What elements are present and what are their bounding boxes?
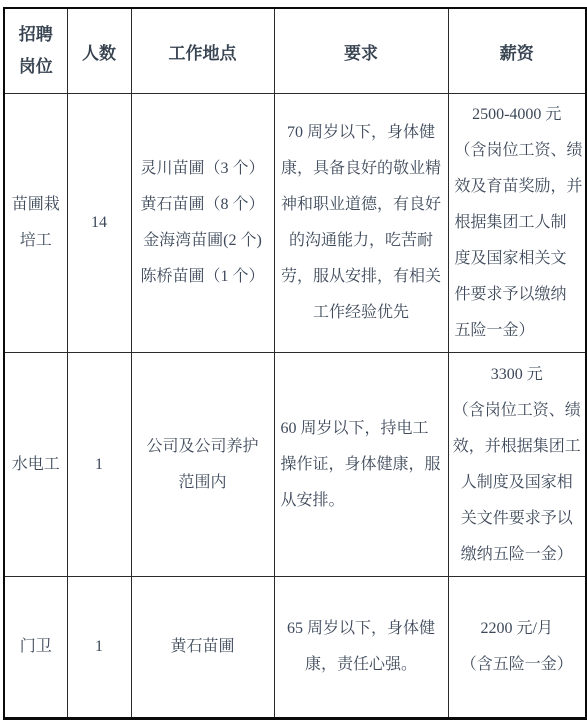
header-location: 工作地点 — [131, 8, 274, 94]
text-line: 五险一金） — [449, 313, 586, 349]
text-line: 操作证，身体健康，服 — [275, 447, 448, 483]
text-line: 根据集团工人制 — [449, 205, 586, 241]
text-line: 金海湾苗圃(2 个) — [132, 223, 274, 259]
salary-cell: 2500-4000 元 （含岗位工资、绩 效及育苗奖励，并 根据集团工人制 度及… — [448, 94, 586, 353]
text-line: 黄石苗圃（8 个） — [132, 187, 274, 223]
text-line: 效，并根据集团工 — [449, 429, 586, 465]
header-position-label: 招聘岗位 — [19, 19, 53, 83]
text-line: 黄石苗圃 — [132, 629, 274, 665]
table-header-row: 招聘岗位 人数 工作地点 要求 薪资 — [4, 8, 586, 94]
requirements-cell: 70 周岁以下，身体健 康，具备良好的敬业精 神和职业道德，有良好 的沟通能力，… — [274, 94, 448, 353]
position-text: 水电工 — [11, 447, 61, 483]
text-line: 神和职业道德，有良好 — [275, 187, 448, 223]
text-line: 的沟通能力，吃苦耐 — [275, 223, 448, 259]
text-line: 范围内 — [132, 465, 274, 501]
text-line: 度及国家相关文 — [449, 241, 586, 277]
header-salary: 薪资 — [448, 8, 586, 94]
table-row-gatekeeper: 门卫 1 黄石苗圃 65 周岁以下，身体健 康，责任心强。 2200 元/月 （… — [4, 577, 586, 719]
recruitment-table: 招聘岗位 人数 工作地点 要求 薪资 苗圃栽培工 14 灵川苗圃（3 个） 黄石… — [3, 7, 587, 720]
text-line: 65 周岁以下，身体健 — [275, 611, 448, 647]
text-line: 从安排。 — [275, 483, 448, 519]
requirements-cell: 60 周岁以下，持电工 操作证，身体健康，服 从安排。 — [274, 353, 448, 577]
count-cell: 1 — [67, 353, 131, 577]
header-requirements: 要求 — [274, 8, 448, 94]
position-cell: 门卫 — [4, 577, 67, 719]
text-line: 劳，服从安排，有相关 — [275, 259, 448, 295]
requirements-cell: 65 周岁以下，身体健 康，责任心强。 — [274, 577, 448, 719]
salary-cell: 2200 元/月 （含五险一金） — [448, 577, 586, 719]
location-cell: 灵川苗圃（3 个） 黄石苗圃（8 个） 金海湾苗圃(2 个) 陈桥苗圃（1 个） — [131, 94, 274, 353]
text-line: 公司及公司养护 — [132, 429, 274, 465]
text-line: 70 周岁以下，身体健 — [275, 115, 448, 151]
salary-cell: 3300 元 （含岗位工资、绩 效，并根据集团工 人制度及国家相 关文件要求予以… — [448, 353, 586, 577]
text-line: 效及育苗奖励，并 — [449, 169, 586, 205]
text-line: 工作经验优先 — [275, 295, 448, 331]
text-line: 缴纳五险一金） — [449, 537, 586, 573]
position-text: 苗圃栽培工 — [11, 187, 61, 259]
position-text: 门卫 — [11, 629, 61, 665]
text-line: （含岗位工资、绩 — [449, 393, 586, 429]
header-position: 招聘岗位 — [4, 8, 67, 94]
text-line: 60 周岁以下，持电工 — [275, 411, 448, 447]
text-line: （含五险一金） — [449, 647, 586, 683]
text-line: （含岗位工资、绩 — [449, 133, 586, 169]
location-cell: 黄石苗圃 — [131, 577, 274, 719]
salary-amount: 3300 元 — [449, 357, 586, 393]
header-count: 人数 — [67, 8, 131, 94]
text-line: 康，具备良好的敬业精 — [275, 151, 448, 187]
salary-amount: 2500-4000 元 — [449, 97, 586, 133]
position-cell: 水电工 — [4, 353, 67, 577]
location-cell: 公司及公司养护 范围内 — [131, 353, 274, 577]
text-line: 陈桥苗圃（1 个） — [132, 259, 274, 295]
count-cell: 14 — [67, 94, 131, 353]
recruitment-notice-page: 招聘岗位 人数 工作地点 要求 薪资 苗圃栽培工 14 灵川苗圃（3 个） 黄石… — [0, 0, 587, 720]
table-row-plumber-electrician: 水电工 1 公司及公司养护 范围内 60 周岁以下，持电工 操作证，身体健康，服… — [4, 353, 586, 577]
text-line: 人制度及国家相 — [449, 465, 586, 501]
text-line: 灵川苗圃（3 个） — [132, 151, 274, 187]
text-line: 关文件要求予以 — [449, 501, 586, 537]
position-cell: 苗圃栽培工 — [4, 94, 67, 353]
salary-amount: 2200 元/月 — [449, 611, 586, 647]
table-row-nursery-worker: 苗圃栽培工 14 灵川苗圃（3 个） 黄石苗圃（8 个） 金海湾苗圃(2 个) … — [4, 94, 586, 353]
count-cell: 1 — [67, 577, 131, 719]
text-line: 康，责任心强。 — [275, 647, 448, 683]
text-line: 件要求予以缴纳 — [449, 277, 586, 313]
